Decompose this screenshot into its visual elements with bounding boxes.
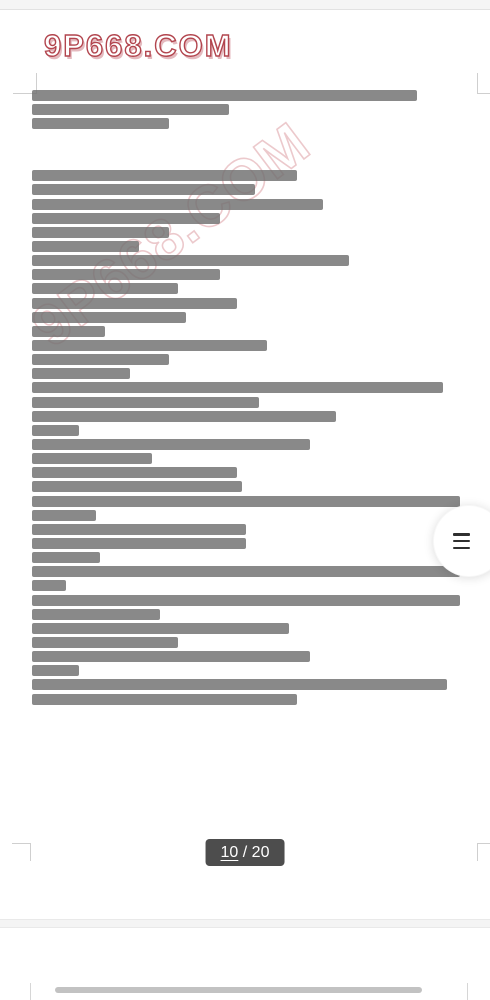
- page-corner-mark-bottom-left: [12, 843, 31, 861]
- redacted-text-line: [32, 425, 79, 436]
- redacted-text-line: [32, 538, 246, 549]
- redacted-text-line: [32, 241, 139, 252]
- redacted-text-line: [32, 255, 349, 266]
- redacted-text-line: [32, 411, 336, 422]
- redacted-text-line: [32, 694, 297, 705]
- blank-line: [32, 150, 460, 167]
- page-corner-mark-top-right: [477, 73, 490, 94]
- next-page-left-edge: [30, 983, 31, 1000]
- redacted-text-line: [32, 368, 130, 379]
- next-page-divider-bar: [55, 987, 422, 993]
- pagination-badge[interactable]: 10 / 20: [206, 839, 285, 866]
- redacted-text-line: [32, 609, 160, 620]
- page-current: 10: [221, 844, 239, 861]
- redacted-text-line: [32, 651, 310, 662]
- redacted-text-line: [32, 312, 186, 323]
- redacted-text-line: [32, 298, 237, 309]
- page-gap-top: [0, 0, 490, 10]
- redacted-text-line: [32, 382, 443, 393]
- redacted-text-line: [32, 326, 105, 337]
- redacted-text-line: [32, 580, 66, 591]
- redacted-text-line: [32, 665, 79, 676]
- redacted-text-line: [32, 90, 417, 101]
- hamburger-icon: [453, 533, 470, 549]
- redacted-text-line: [32, 439, 310, 450]
- redacted-text-line: [32, 595, 460, 606]
- redacted-text-line: [32, 283, 178, 294]
- redacted-text-line: [32, 104, 229, 115]
- redacted-text-line: [32, 227, 169, 238]
- page-separator: /: [238, 844, 251, 861]
- redacted-text-line: [32, 496, 460, 507]
- redacted-text-line: [32, 566, 460, 577]
- redacted-text-line: [32, 397, 259, 408]
- blank-line: [32, 133, 460, 150]
- redacted-text-line: [32, 637, 178, 648]
- redacted-text-line: [32, 623, 289, 634]
- redacted-text-line: [32, 510, 96, 521]
- page-total: 20: [252, 844, 270, 861]
- next-page-right-edge: [467, 983, 468, 1000]
- redacted-text-line: [32, 199, 323, 210]
- page-corner-mark-bottom-right: [477, 843, 490, 861]
- page-gap-bottom: [0, 919, 490, 928]
- redacted-text-line: [32, 524, 246, 535]
- redacted-text-line: [32, 354, 169, 365]
- redacted-text-line: [32, 453, 152, 464]
- site-watermark-logo: 9P668.COM: [44, 28, 233, 64]
- redacted-text-line: [32, 118, 169, 129]
- redacted-text-line: [32, 552, 100, 563]
- redacted-text-line: [32, 481, 242, 492]
- redacted-text-line: [32, 170, 297, 181]
- redacted-text-line: [32, 269, 220, 280]
- redacted-text-line: [32, 679, 447, 690]
- redacted-text-line: [32, 213, 220, 224]
- redacted-text-line: [32, 467, 237, 478]
- story-text-redacted: [32, 87, 460, 708]
- redacted-text-line: [32, 340, 267, 351]
- redacted-text-line: [32, 184, 255, 195]
